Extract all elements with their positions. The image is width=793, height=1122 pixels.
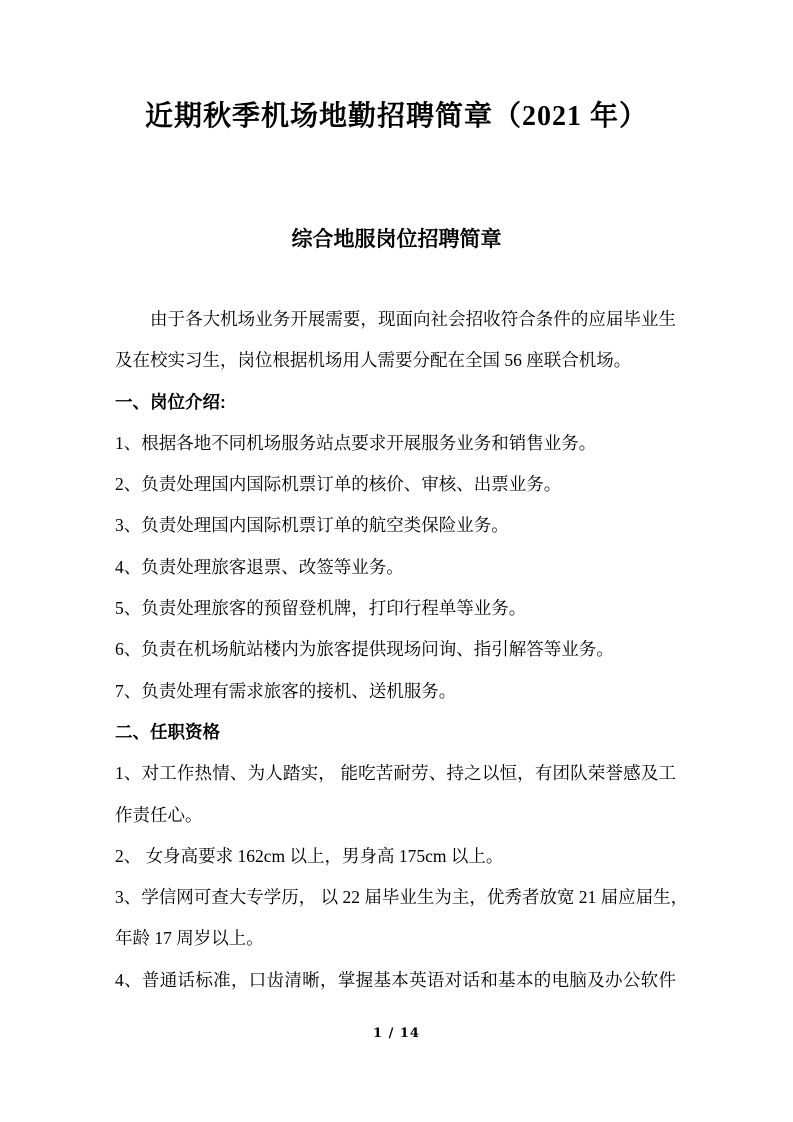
list-item-line: 3、学信网可查大专学历， 以 22 届毕业生为主，优秀者放宽 21 届应届生， [115,877,676,918]
list-item-line: 4、普通话标准，口齿清晰，掌握基本英语对话和基本的电脑及办公软件 [115,960,676,1001]
list-item-line: 1、对工作热情、为人踏实， 能吃苦耐劳、持之以恒，有团队荣誉感及工 [115,753,676,794]
document-subtitle: 综合地服岗位招聘简章 [0,226,793,254]
list-item-line: 7、负责处理有需求旅客的接机、送机服务。 [115,671,676,712]
document-title: 近期秋季机场地勤招聘简章（2021 年） [0,95,793,139]
section-heading: 一、岗位介绍: [115,382,676,423]
list-item-line: 年龄 17 周岁以上。 [115,918,676,959]
document-page: 近期秋季机场地勤招聘简章（2021 年） 综合地服岗位招聘简章 由于各大机场业务… [0,0,793,1122]
page-number: 1 / 14 [373,1026,420,1041]
list-item-line: 2、负责处理国内国际机票订单的核价、审核、出票业务。 [115,464,676,505]
list-item-line: 2、 女身高要求 162cm 以上，男身高 175cm 以上。 [115,836,676,877]
list-item-line: 5、负责处理旅客的预留登机牌，打印行程单等业务。 [115,588,676,629]
paragraph-line: 及在校实习生，岗位根据机场用人需要分配在全国 56 座联合机场。 [115,340,676,381]
list-item-line: 作责任心。 [115,795,676,836]
page-footer: 1 / 14 [0,1024,793,1042]
section-heading: 二、任职资格 [115,712,676,753]
list-item-line: 6、负责在机场航站楼内为旅客提供现场问询、指引解答等业务。 [115,629,676,670]
list-item-line: 1、根据各地不同机场服务站点要求开展服务业务和销售业务。 [115,423,676,464]
document-body: 由于各大机场业务开展需要，现面向社会招收符合条件的应届毕业生及在校实习生，岗位根… [115,299,676,1001]
list-item-line: 4、负责处理旅客退票、改签等业务。 [115,547,676,588]
paragraph-line: 由于各大机场业务开展需要，现面向社会招收符合条件的应届毕业生 [115,299,676,340]
list-item-line: 3、负责处理国内国际机票订单的航空类保险业务。 [115,505,676,546]
